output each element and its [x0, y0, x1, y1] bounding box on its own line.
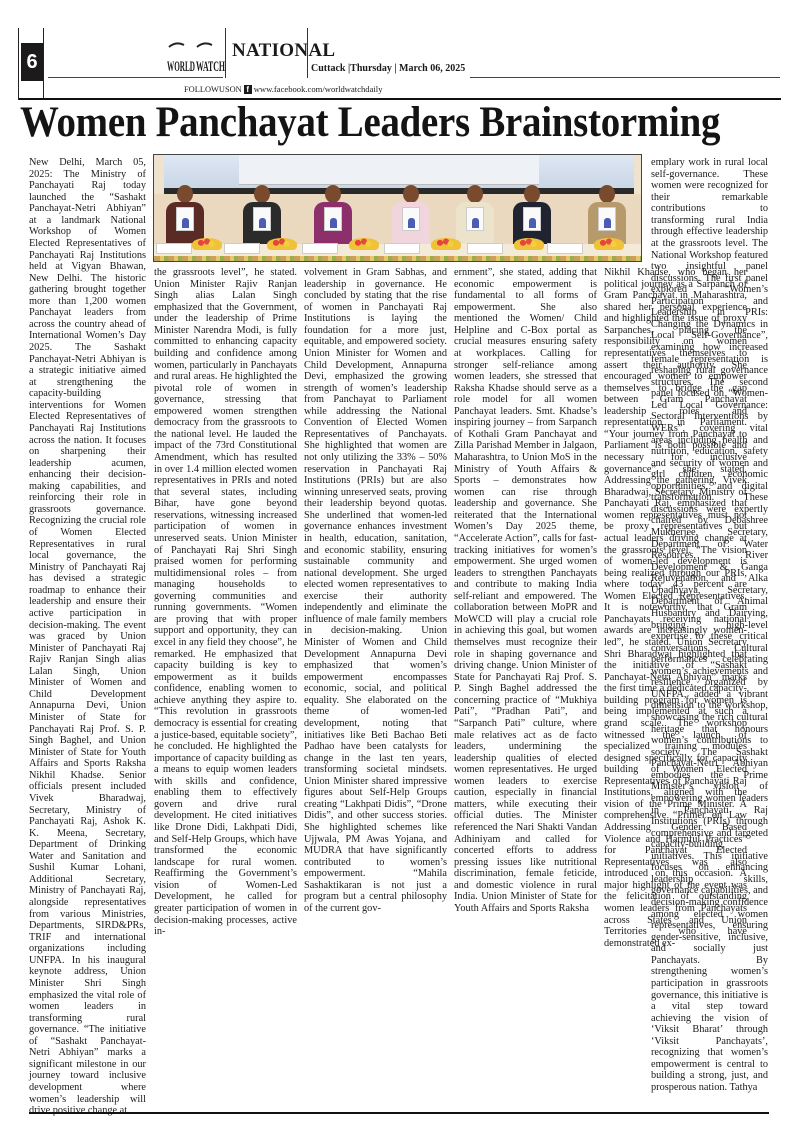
headline: Women Panchayat Leaders Brainstorming	[20, 100, 710, 146]
column-text: volvement in Gram Sabhas, and leadership…	[304, 267, 447, 915]
article-column-2: the grassroots level”, he stated. Union …	[154, 267, 297, 1107]
masthead-rule-right	[470, 77, 780, 78]
flower-bouquet	[594, 238, 624, 250]
nameplate	[224, 243, 260, 254]
article-photo	[153, 154, 642, 262]
article-column-3: volvement in Gram Sabhas, and leadership…	[304, 267, 447, 1107]
column-text: the grassroots level”, he stated. Union …	[154, 267, 297, 938]
nameplate	[547, 243, 583, 254]
masthead-divider	[307, 28, 308, 78]
flower-bouquet	[267, 238, 297, 250]
flower-bouquet	[349, 238, 379, 250]
section-title: NATIONAL	[232, 40, 335, 62]
svg-text:WATCH: WATCH	[196, 59, 225, 75]
column-text: New Delhi, March 05, 2025: The Ministry …	[29, 157, 146, 1117]
nameplate	[467, 243, 503, 254]
article-column-6: emplary work in rural local self-governa…	[651, 157, 768, 1107]
social-follow: FOLLOWUSON f www.facebook.com/worldwatch…	[184, 84, 383, 94]
column-text: emplary work in rural local self-governa…	[651, 157, 768, 1094]
article-column-1: New Delhi, March 05, 2025: The Ministry …	[29, 157, 146, 1107]
facebook-icon[interactable]: f	[244, 85, 252, 94]
column-text: ernment”, she stated, adding that econom…	[454, 267, 597, 915]
logo-wordmark-icon: WORLD WATCH	[166, 41, 226, 76]
world-watch-logo: WORLD WATCH	[166, 41, 226, 76]
dateline: Cuttack |Thursday | March 06, 2025	[311, 63, 465, 74]
masthead-rule-left	[48, 77, 223, 78]
article-column-4: ernment”, she stated, adding that econom…	[454, 267, 597, 1107]
facebook-link[interactable]: www.facebook.com/worldwatchdaily	[254, 84, 383, 94]
flower-bouquet	[431, 238, 461, 250]
flower-bouquet	[514, 238, 544, 250]
nameplate	[384, 243, 420, 254]
nameplate	[156, 243, 192, 254]
flower-bouquet	[192, 238, 222, 250]
page-number: 6	[21, 43, 43, 81]
masthead-divider	[225, 28, 226, 78]
page-number-box: 6	[18, 28, 44, 100]
follow-label: FOLLOWUSON	[184, 85, 242, 94]
footer-rule	[29, 1112, 769, 1114]
nameplate	[302, 243, 338, 254]
svg-text:WORLD: WORLD	[167, 59, 195, 75]
photo-projection-screen	[164, 155, 634, 188]
